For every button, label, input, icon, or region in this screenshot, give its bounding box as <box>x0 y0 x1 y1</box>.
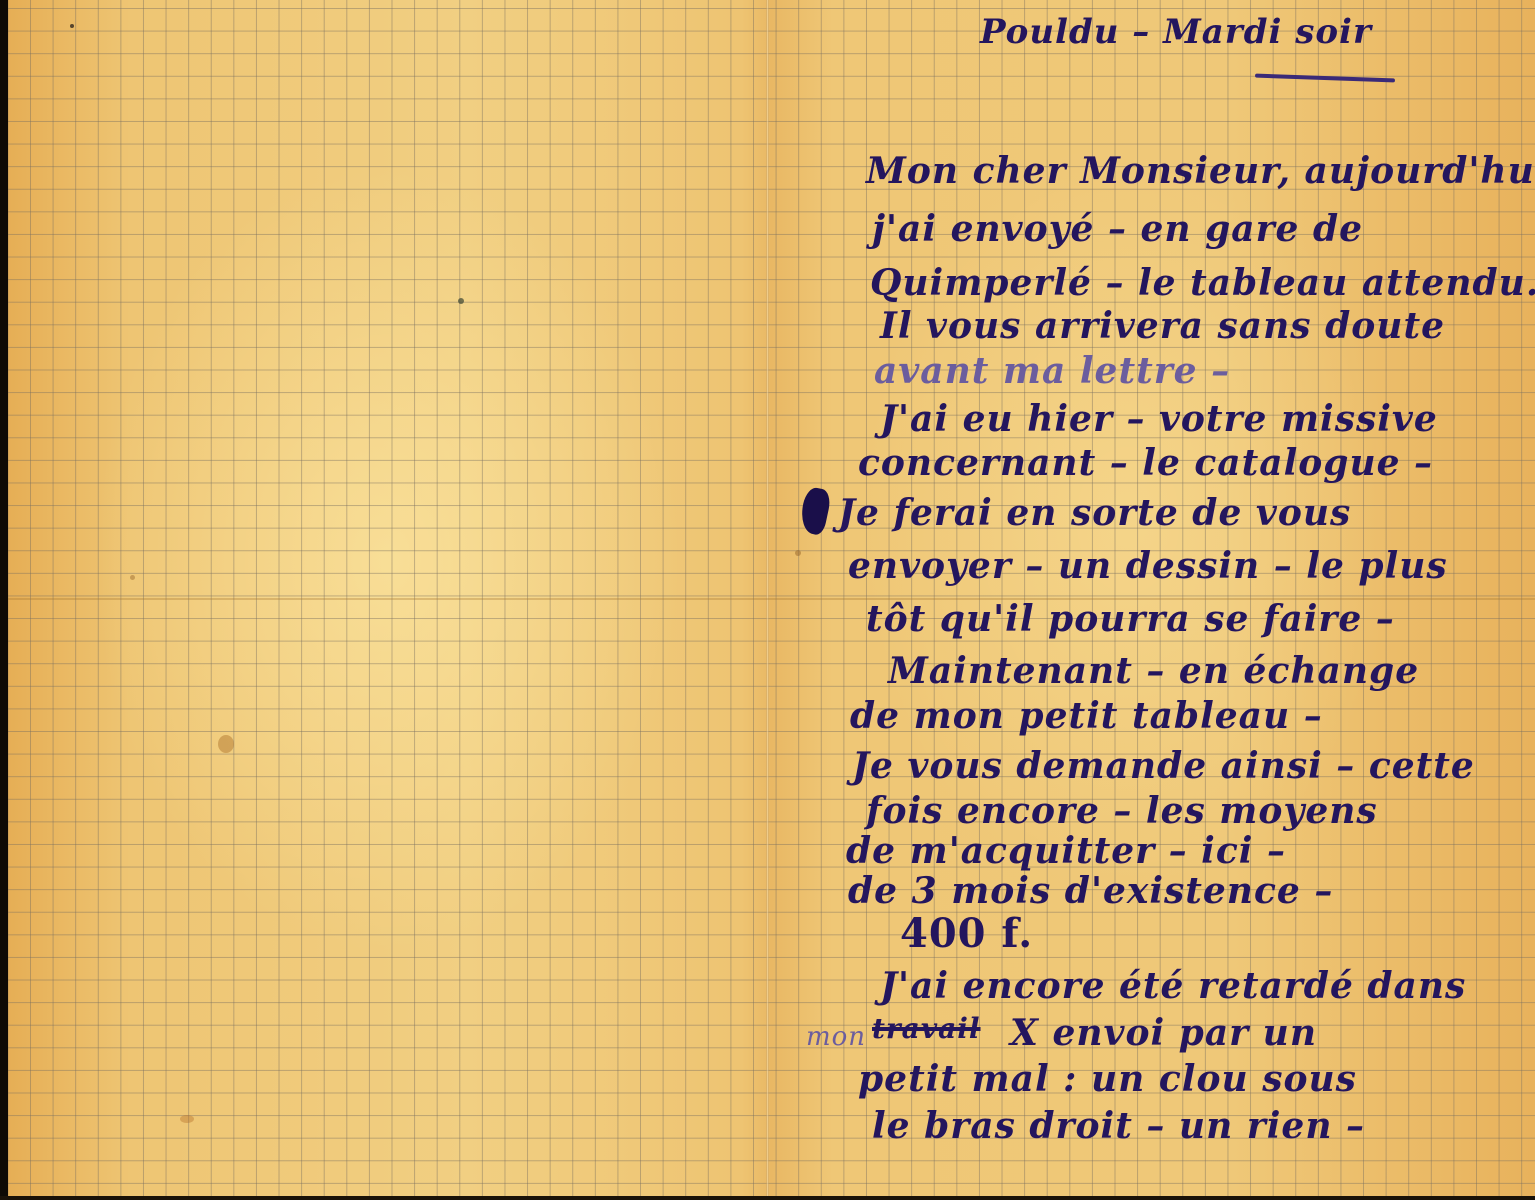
left-page <box>8 0 766 1196</box>
paper-stain <box>795 550 801 556</box>
struck-word: travail <box>872 1012 981 1045</box>
letter-line: tôt qu'il pourra se faire – <box>866 598 1395 640</box>
letter-line: Quimperlé – le tableau attendu. <box>870 262 1535 304</box>
letter-line: Maintenant – en échange <box>888 650 1419 692</box>
letter-line: de mon petit tableau – <box>850 695 1323 737</box>
amount-400f: 400 f. <box>900 910 1033 957</box>
letter-line: fois encore – les moyens <box>866 790 1378 832</box>
scan-border-left <box>0 0 8 1200</box>
letter-line: J'ai eu hier – votre missive <box>880 398 1438 440</box>
letter-line: concernant – le catalogue – <box>858 442 1433 484</box>
letter-line: X envoi par un <box>1010 1012 1317 1054</box>
letter-line: le bras droit – un rien – <box>872 1105 1365 1147</box>
scan-border-bottom <box>0 1196 1535 1200</box>
letter-line: Il vous arrivera sans doute <box>880 305 1445 347</box>
letter-line: Je ferai en sorte de vous <box>838 492 1351 534</box>
margin-note: mon <box>806 1022 866 1052</box>
letter-line: j'ai envoyé – en gare de <box>872 208 1363 250</box>
letter-line: J'ai encore été retardé dans <box>880 965 1466 1007</box>
letter-line: de m'acquitter – ici – <box>846 830 1286 872</box>
letter-line: envoyer – un dessin – le plus <box>848 545 1448 587</box>
letter-line: Je vous demande ainsi – cette <box>852 745 1475 787</box>
letter-line: petit mal : un clou sous <box>858 1058 1357 1100</box>
letter-heading: Pouldu – Mardi soir <box>980 12 1372 52</box>
letter-scan: Pouldu – Mardi soir Mon cher Monsieur, a… <box>0 0 1535 1200</box>
letter-line: avant ma lettre – <box>874 350 1230 392</box>
letter-line: Mon cher Monsieur, aujourd'hui <box>866 150 1535 192</box>
letter-line: de 3 mois d'existence – <box>848 870 1333 912</box>
